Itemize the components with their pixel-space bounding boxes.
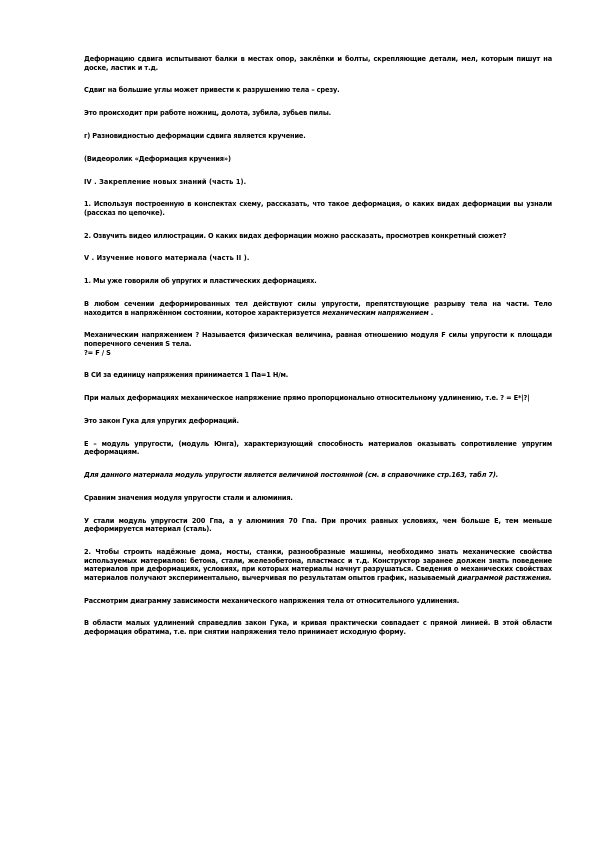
paragraph-small-elongation: В области малых удлинений справедлив зак… bbox=[84, 619, 552, 636]
paragraph-torsion: г) Разновидностью деформации сдвига явля… bbox=[84, 132, 552, 141]
paragraph-consider-diagram: Рассмотрим диаграмму зависимости механич… bbox=[84, 597, 552, 606]
stress-formula: ?= F / S bbox=[84, 349, 552, 358]
reference-note: см. в справочнике стр.163, табл 7). bbox=[368, 471, 498, 479]
modulus-constant-text: Для данного материала модуль упругости я… bbox=[84, 471, 368, 479]
section-heading-iv: IV . Закрепление новых знаний (часть 1). bbox=[84, 178, 552, 187]
paragraph-shear-examples: Деформацию сдвига испытывают балки в мес… bbox=[84, 55, 552, 72]
paragraph-stress-strain-diagram: 2. Чтобы строить надёжные дома, мосты, с… bbox=[84, 548, 552, 582]
section-heading-v: V . Изучение нового материала (часть II … bbox=[84, 254, 552, 263]
stress-definition-text: Механическим напряжением ? Называется фи… bbox=[84, 331, 552, 348]
paragraph-young-modulus: E – модуль упругости, (модуль Юнга), хар… bbox=[84, 440, 552, 457]
paragraph-proportionality: При малых деформациях механическое напря… bbox=[84, 394, 552, 403]
paragraph-compare-modulus: Сравним значения модуля упругости стали … bbox=[84, 494, 552, 503]
paragraph-video-note: (Видеоролик «Деформация кручения») bbox=[84, 155, 552, 164]
paragraph-stress-intro: В любом сечении деформированных тел дейс… bbox=[84, 300, 552, 317]
stress-term: механическим напряжением bbox=[322, 309, 428, 317]
paragraph-task-1: 1. Используя построенную в конспектах сх… bbox=[84, 200, 552, 217]
stress-intro-suffix: . bbox=[429, 309, 434, 317]
stress-intro-text: В любом сечении деформированных тел дейс… bbox=[84, 300, 552, 317]
paragraph-stress-definition: Механическим напряжением ? Называется фи… bbox=[84, 331, 552, 357]
diagram-term: диаграммой растяжения. bbox=[457, 574, 551, 582]
torsion-prefix: г) Разновидностью деформации сдвига явля… bbox=[84, 132, 268, 140]
paragraph-task-2: 2. Озвучить видео иллюстрации. О каких в… bbox=[84, 232, 552, 241]
document-page: Деформацию сдвига испытывают балки в мес… bbox=[84, 55, 552, 651]
paragraph-hooke-law: Это закон Гука для упругих деформаций. bbox=[84, 417, 552, 426]
torsion-emph: кручение. bbox=[268, 132, 305, 140]
paragraph-elastic-plastic: 1. Мы уже говорили об упругих и пластиче… bbox=[84, 277, 552, 286]
paragraph-shear-large-angles: Сдвиг на большие углы может привести к р… bbox=[84, 86, 552, 95]
paragraph-steel-aluminum: У стали модуль упругости 200 Гпа, а у ал… bbox=[84, 517, 552, 534]
paragraph-modulus-constant: Для данного материала модуль упругости я… bbox=[84, 471, 552, 480]
paragraph-si-unit: В СИ за единицу напряжения принимается 1… bbox=[84, 371, 552, 380]
paragraph-shear-tools: Это происходит при работе ножниц, долота… bbox=[84, 109, 552, 118]
